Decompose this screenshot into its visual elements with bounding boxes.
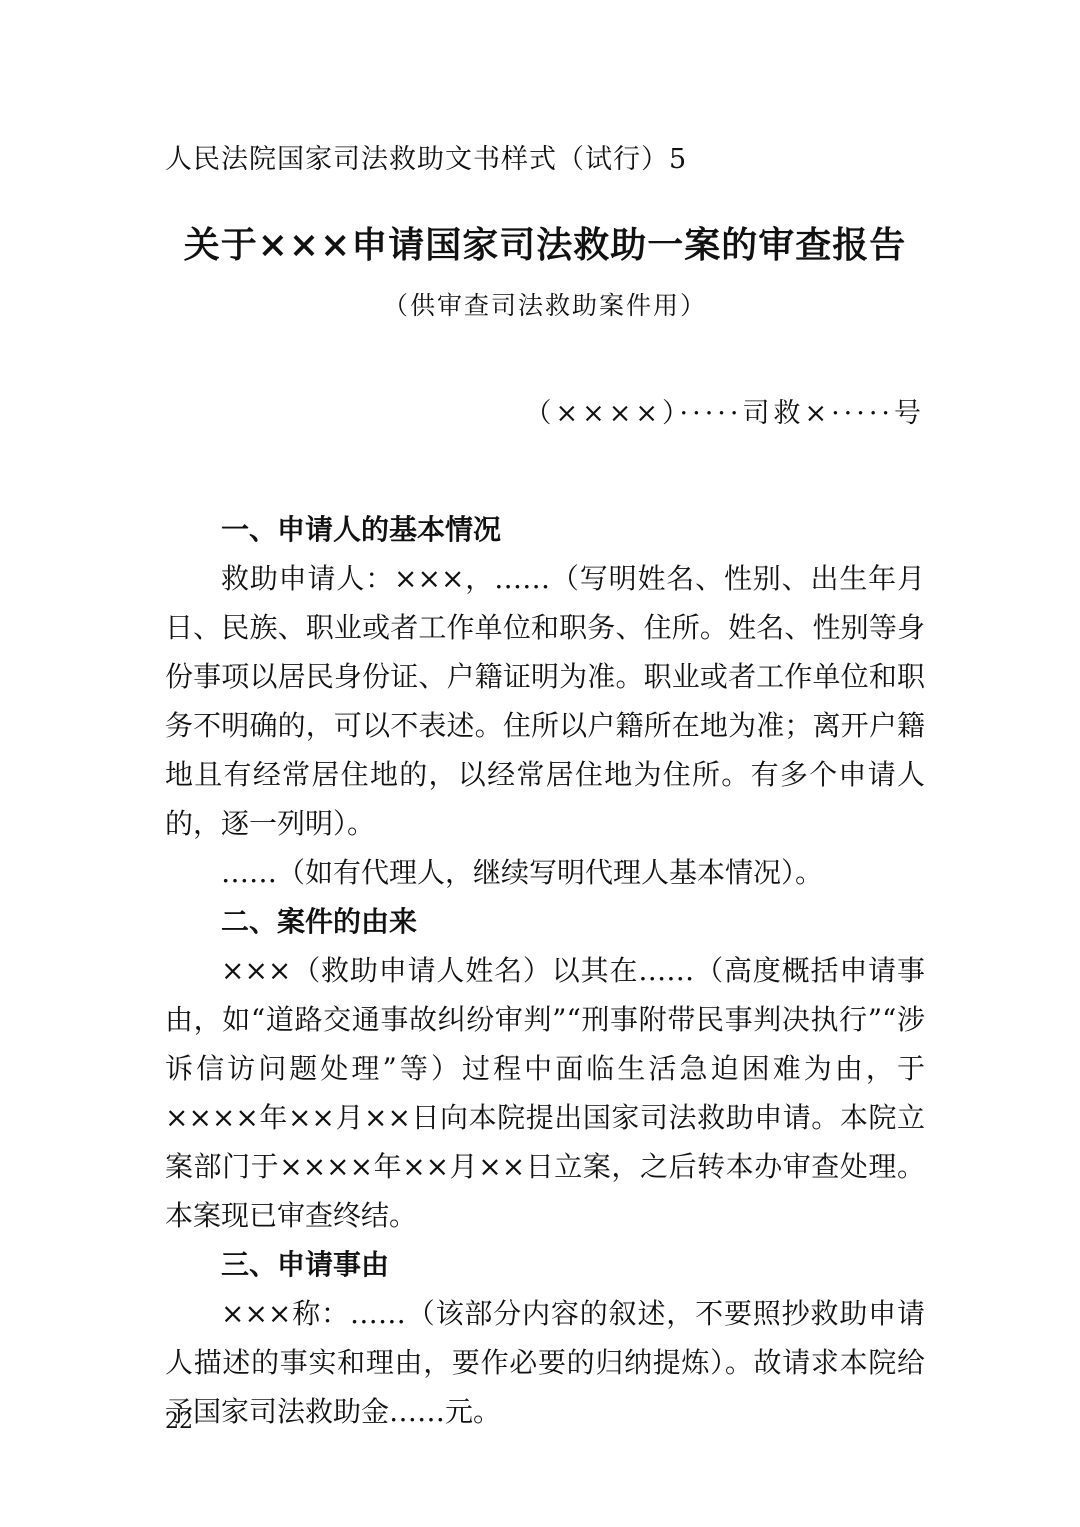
paragraph-case-origin: ×××（救助申请人姓名）以其在……（高度概括申请事由，如“道路交通事故纠纷审判”… <box>165 946 925 1240</box>
document-page: 人民法院国家司法救助文书样式（试行）5 关于×××申请国家司法救助一案的审查报告… <box>0 0 1080 1527</box>
section-heading-application-reason: 三、申请事由 <box>165 1240 925 1289</box>
section-heading-applicant-basic-info: 一、申请人的基本情况 <box>165 505 925 554</box>
page-number: 22 <box>165 1408 193 1436</box>
document-content: 人民法院国家司法救助文书样式（试行）5 关于×××申请国家司法救助一案的审查报告… <box>0 0 1080 1436</box>
document-body: 一、申请人的基本情况 救助申请人：×××，……（写明姓名、性别、出生年月日、民族… <box>165 505 925 1436</box>
paragraph-applicant-details: 救助申请人：×××，……（写明姓名、性别、出生年月日、民族、职业或者工作单位和职… <box>165 554 925 848</box>
document-subtitle: （供审查司法救助案件用） <box>165 289 925 322</box>
case-number: （××××）·····司救×·····号 <box>165 396 925 431</box>
paragraph-agent-details: ……（如有代理人，继续写明代理人基本情况）。 <box>165 848 925 897</box>
section-heading-case-origin: 二、案件的由来 <box>165 897 925 946</box>
paragraph-application-reason: ×××称：……（该部分内容的叙述，不要照抄救助申请人描述的事实和理由，要作必要的… <box>165 1289 925 1436</box>
document-series-label: 人民法院国家司法救助文书样式（试行）5 <box>165 142 925 177</box>
document-title: 关于×××申请国家司法救助一案的审查报告 <box>165 223 925 267</box>
